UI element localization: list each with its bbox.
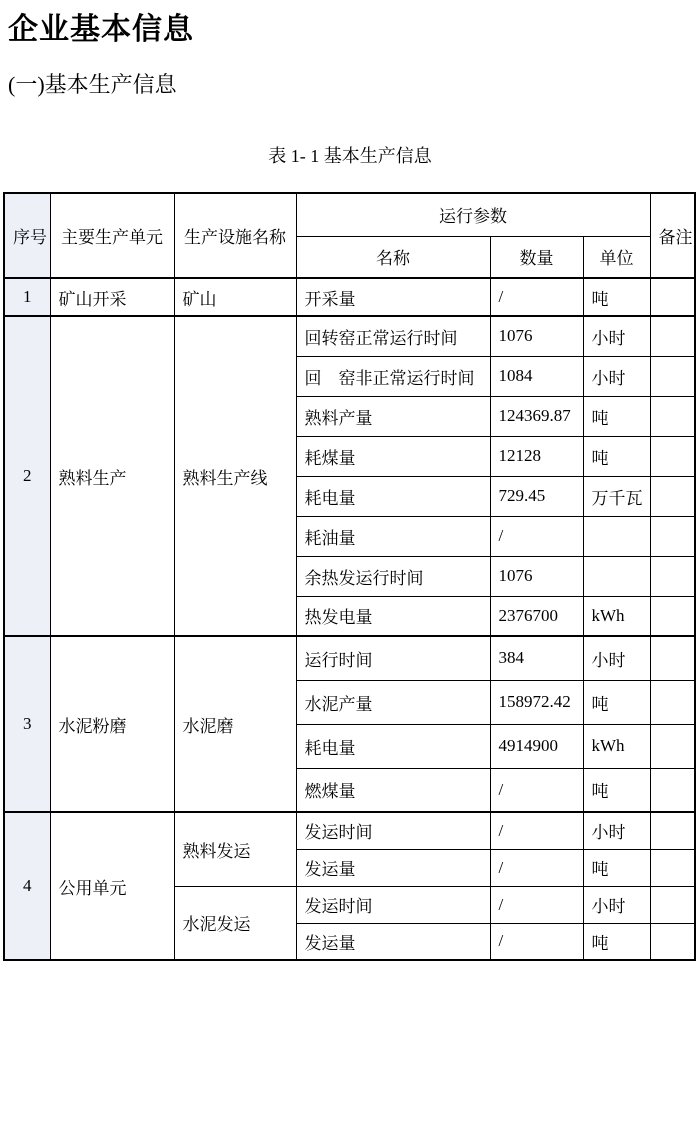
unit-of-measure-cell: 小时	[583, 886, 650, 923]
unit-of-measure-cell: 吨	[583, 278, 650, 316]
param-name-cell: 热发电量	[296, 596, 490, 636]
qty-cell: 124369.87	[490, 396, 583, 436]
qty-cell: /	[490, 516, 583, 556]
unit-of-measure-cell: 吨	[583, 436, 650, 476]
unit-of-measure-cell: 吨	[583, 923, 650, 960]
table-row: 2 熟料生产 熟料生产线 回转窑正常运行时间 1076 小时	[4, 316, 695, 356]
remark-cell	[650, 556, 695, 596]
param-name-cell: 水泥产量	[296, 680, 490, 724]
facility-cell: 熟料生产线	[174, 316, 296, 636]
remark-cell	[650, 923, 695, 960]
seq-cell: 4	[4, 812, 50, 960]
param-name-cell: 耗煤量	[296, 436, 490, 476]
table-row: 4 公用单元 熟料发运 发运时间 / 小时	[4, 812, 695, 849]
table-row: 1 矿山开采 矿山 开采量 / 吨	[4, 278, 695, 316]
unit-of-measure-cell: 小时	[583, 636, 650, 680]
param-name-cell: 发运时间	[296, 812, 490, 849]
qty-cell: /	[490, 849, 583, 886]
col-header-param-qty: 数量	[490, 236, 583, 278]
remark-cell	[650, 396, 695, 436]
table-header-row-1: 序号 主要生产单元 生产设施名称 运行参数 备注	[4, 193, 695, 236]
param-name-cell: 回 窑非正常运行时间	[296, 356, 490, 396]
param-name-cell: 开采量	[296, 278, 490, 316]
remark-cell	[650, 849, 695, 886]
unit-of-measure-cell: 小时	[583, 812, 650, 849]
col-header-seq: 序号	[4, 193, 50, 278]
unit-cell: 水泥粉磨	[50, 636, 174, 812]
unit-of-measure-cell	[583, 516, 650, 556]
table-row: 3 水泥粉磨 水泥磨 运行时间 384 小时	[4, 636, 695, 680]
qty-cell: 4914900	[490, 724, 583, 768]
col-header-params: 运行参数	[296, 193, 650, 236]
facility-cell: 矿山	[174, 278, 296, 316]
remark-cell	[650, 680, 695, 724]
remark-cell	[650, 812, 695, 849]
param-name-cell: 耗油量	[296, 516, 490, 556]
param-name-cell: 耗电量	[296, 476, 490, 516]
qty-cell: 384	[490, 636, 583, 680]
param-name-cell: 运行时间	[296, 636, 490, 680]
unit-cell: 公用单元	[50, 812, 174, 960]
unit-of-measure-cell: 小时	[583, 356, 650, 396]
unit-of-measure-cell: 万千瓦	[583, 476, 650, 516]
unit-of-measure-cell: 吨	[583, 396, 650, 436]
unit-of-measure-cell	[583, 556, 650, 596]
seq-cell: 2	[4, 316, 50, 636]
qty-cell: /	[490, 923, 583, 960]
remark-cell	[650, 278, 695, 316]
qty-cell: 729.45	[490, 476, 583, 516]
qty-cell: 1076	[490, 316, 583, 356]
seq-cell: 3	[4, 636, 50, 812]
unit-of-measure-cell: 吨	[583, 849, 650, 886]
unit-cell: 熟料生产	[50, 316, 174, 636]
param-name-cell: 燃煤量	[296, 768, 490, 812]
remark-cell	[650, 886, 695, 923]
seq-cell: 1	[4, 278, 50, 316]
qty-cell: /	[490, 278, 583, 316]
remark-cell	[650, 316, 695, 356]
document-page: { "page": { "title": "企业基本信息", "section_…	[0, 0, 700, 1130]
unit-of-measure-cell: 吨	[583, 768, 650, 812]
remark-cell	[650, 356, 695, 396]
facility-cell: 水泥发运	[174, 886, 296, 960]
param-name-cell: 发运量	[296, 923, 490, 960]
remark-cell	[650, 768, 695, 812]
qty-cell: 1076	[490, 556, 583, 596]
unit-of-measure-cell: kWh	[583, 724, 650, 768]
param-name-cell: 余热发运行时间	[296, 556, 490, 596]
param-name-cell: 发运时间	[296, 886, 490, 923]
remark-cell	[650, 476, 695, 516]
table-caption: 表 1- 1 基本生产信息	[0, 144, 700, 168]
qty-cell: 158972.42	[490, 680, 583, 724]
remark-cell	[650, 596, 695, 636]
remark-cell	[650, 724, 695, 768]
col-header-param-unit: 单位	[583, 236, 650, 278]
page-title: 企业基本信息	[8, 10, 700, 50]
col-header-remark: 备注	[650, 193, 695, 278]
unit-of-measure-cell: 吨	[583, 680, 650, 724]
production-info-table: 序号 主要生产单元 生产设施名称 运行参数 备注 名称 数量 单位 1 矿山开采…	[3, 192, 696, 961]
qty-cell: /	[490, 768, 583, 812]
unit-of-measure-cell: 小时	[583, 316, 650, 356]
qty-cell: 2376700	[490, 596, 583, 636]
remark-cell	[650, 516, 695, 556]
param-name-cell: 发运量	[296, 849, 490, 886]
unit-of-measure-cell: kWh	[583, 596, 650, 636]
col-header-param-name: 名称	[296, 236, 490, 278]
section-heading: (一)基本生产信息	[8, 70, 700, 100]
facility-cell: 水泥磨	[174, 636, 296, 812]
param-name-cell: 熟料产量	[296, 396, 490, 436]
col-header-facility: 生产设施名称	[174, 193, 296, 278]
col-header-unit: 主要生产单元	[50, 193, 174, 278]
remark-cell	[650, 636, 695, 680]
qty-cell: 1084	[490, 356, 583, 396]
qty-cell: 12128	[490, 436, 583, 476]
remark-cell	[650, 436, 695, 476]
unit-cell: 矿山开采	[50, 278, 174, 316]
qty-cell: /	[490, 812, 583, 849]
param-name-cell: 耗电量	[296, 724, 490, 768]
param-name-cell: 回转窑正常运行时间	[296, 316, 490, 356]
facility-cell: 熟料发运	[174, 812, 296, 886]
qty-cell: /	[490, 886, 583, 923]
